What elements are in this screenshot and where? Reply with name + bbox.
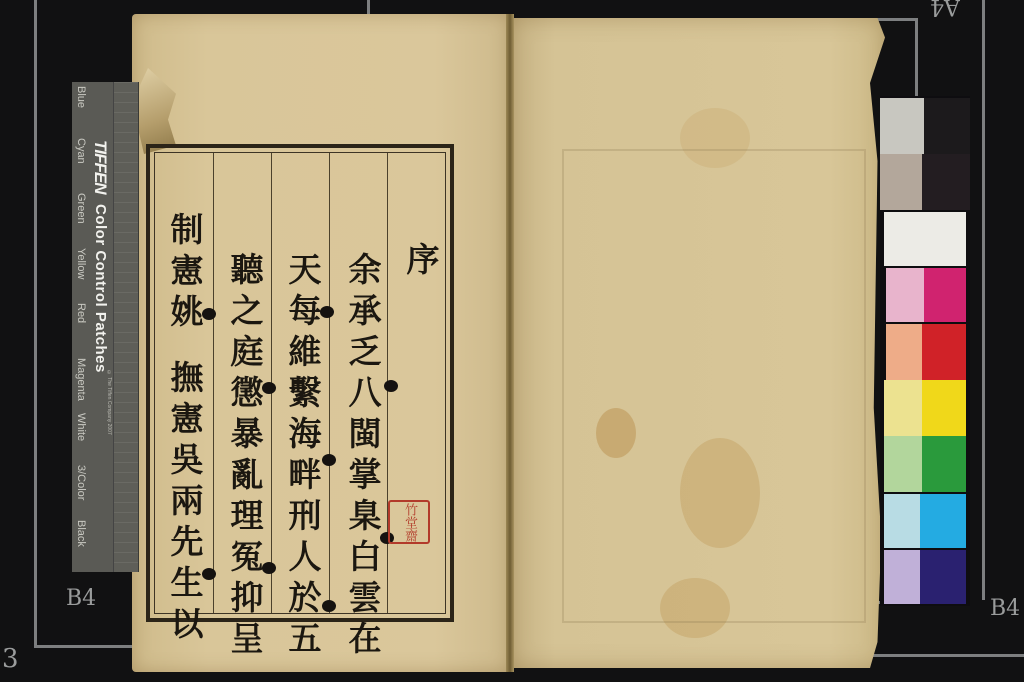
char: 先 (171, 521, 204, 562)
char: 余 (349, 249, 382, 290)
patch-salmon (886, 324, 922, 380)
char: 雲 (349, 577, 382, 618)
patch-pale-yellow (884, 380, 922, 436)
printed-text-frame: 序 余 承 乏 八 閩 掌 臬 白 雲 在 天 每 (146, 144, 454, 622)
tiffen-patch-labels: Blue Cyan Green Yellow Red Magenta White… (75, 86, 87, 570)
tiffen-color-control-strip: Blue Cyan Green Yellow Red Magenta White… (72, 82, 138, 572)
patch-lavender (884, 550, 920, 604)
label-3color: 3/Color (75, 465, 87, 520)
char: 八 (349, 372, 382, 413)
char: 生 (171, 562, 204, 603)
patch-light-gray (880, 98, 924, 154)
label-cyan: Cyan (75, 138, 87, 193)
patch-red (922, 324, 966, 380)
char: 閩 (349, 413, 382, 454)
patch-pale-cyan (884, 494, 920, 548)
char: 五 (289, 618, 322, 659)
char: 兩 (171, 480, 204, 521)
char: 序 (407, 239, 440, 280)
patch-pale-green (884, 436, 922, 492)
label-yellow: Yellow (75, 248, 87, 303)
char: 人 (289, 536, 322, 577)
printed-inner-border: 序 余 承 乏 八 閩 掌 臬 白 雲 在 天 每 (154, 152, 446, 614)
char: 白 (349, 536, 382, 577)
char: 繫 (289, 372, 322, 413)
tiffen-logo: TIFFEN (91, 140, 110, 194)
punctuation-mark (202, 568, 216, 580)
punctuation-mark (322, 600, 336, 612)
char: 冤 (231, 536, 264, 577)
patch-magenta (924, 268, 966, 322)
char: 憲 (171, 250, 204, 291)
left-page: 序 余 承 乏 八 閩 掌 臬 白 雲 在 天 每 (132, 14, 510, 672)
patch-cyan (920, 494, 966, 548)
tiffen-brand-title: TIFFEN Color Control Patches (90, 140, 110, 373)
char: 海 (289, 413, 322, 454)
background-grid-line-far-right (982, 0, 985, 600)
text-column-preface-title: 序 (395, 239, 451, 280)
char: 抑 (231, 577, 264, 618)
char: 吳 (171, 439, 204, 480)
punctuation-mark (320, 306, 334, 318)
tiffen-title: Color Control Patches (92, 204, 109, 373)
text-column-2: 余 承 乏 八 閩 掌 臬 白 雲 在 (337, 249, 393, 659)
char: 臬 (349, 495, 382, 536)
char: 庭 (231, 331, 264, 372)
punctuation-mark (384, 380, 398, 392)
char: 懲 (231, 372, 264, 413)
book-spread: 序 余 承 乏 八 閩 掌 臬 白 雲 在 天 每 (132, 14, 890, 672)
punctuation-mark (202, 308, 216, 320)
punctuation-mark (322, 454, 336, 466)
book-spine-fold (506, 14, 514, 672)
centimeter-ruler (113, 82, 138, 572)
punctuation-mark (262, 382, 276, 394)
label-blue: Blue (75, 86, 87, 138)
label-red: Red (75, 303, 87, 358)
punctuation-mark (262, 562, 276, 574)
char: 以 (171, 603, 204, 644)
label-black: Black (75, 520, 87, 570)
torn-page-corner (136, 68, 176, 154)
grid-label-a4: A4 (930, 0, 960, 19)
patch-yellow (922, 380, 966, 436)
grid-label-3: 3 (2, 644, 19, 674)
patch-dark-1 (924, 98, 970, 154)
patch-white (884, 212, 966, 266)
char: 在 (349, 618, 382, 659)
red-collector-seal: 竹堂齋 (388, 500, 430, 544)
char: 亂 (231, 454, 264, 495)
char: 畔 (289, 454, 322, 495)
char: 姚 (171, 291, 204, 332)
tiffen-copyright: © The Tiffen Company 2007 (106, 370, 112, 435)
char: 暴 (231, 413, 264, 454)
text-column-4: 聽 之 庭 懲 暴 亂 理 冤 抑 呈 (219, 249, 275, 659)
char: 撫 (171, 357, 204, 398)
char: 掌 (349, 454, 382, 495)
grid-label-b4-right: B4 (990, 596, 1020, 621)
char: 天 (289, 249, 322, 290)
char: 理 (231, 495, 264, 536)
char: 呈 (231, 618, 264, 659)
char: 於 (289, 577, 322, 618)
patch-taupe (880, 154, 922, 210)
patch-indigo (920, 550, 966, 604)
char: 制 (171, 209, 204, 250)
char: 刑 (289, 495, 322, 536)
label-white: White (75, 413, 87, 465)
grid-label-b4-left: B4 (66, 586, 96, 611)
bleed-through-frame (562, 149, 866, 623)
char: 每 (289, 290, 322, 331)
char: 維 (289, 331, 322, 372)
char: 乏 (349, 331, 382, 372)
patch-dark-2 (922, 154, 970, 210)
char: 聽 (231, 249, 264, 290)
char: 之 (231, 290, 264, 331)
char: 憲 (171, 398, 204, 439)
color-patch-card (880, 96, 970, 606)
patch-green (922, 436, 966, 492)
label-green: Green (75, 193, 87, 248)
char: 承 (349, 290, 382, 331)
label-magenta: Magenta (75, 358, 87, 413)
patch-pink (886, 268, 924, 322)
